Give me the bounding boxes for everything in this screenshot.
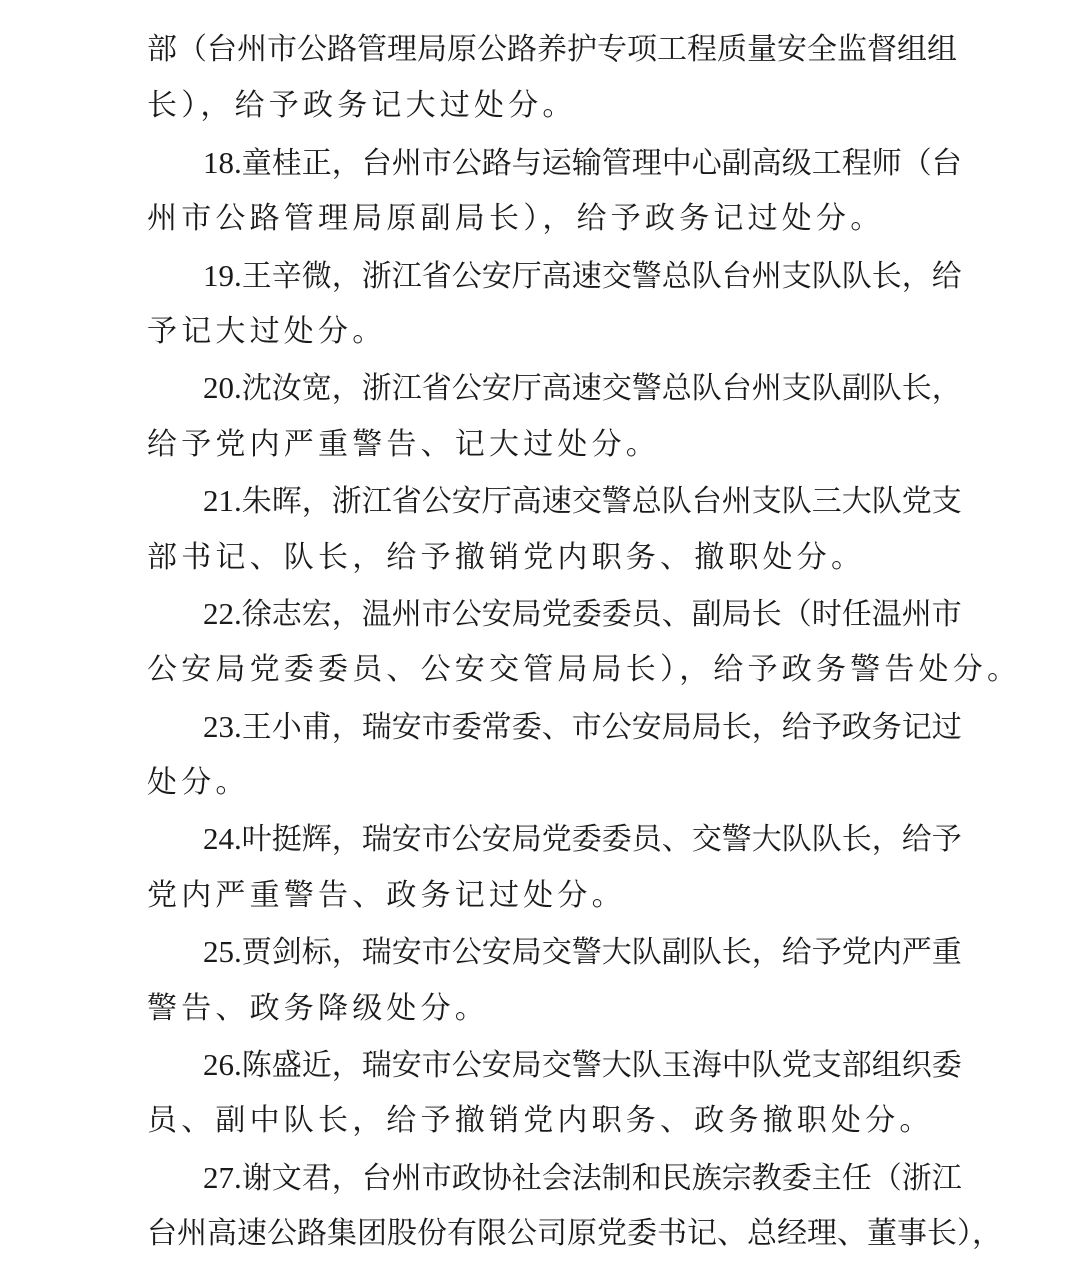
item-number: 24. (203, 821, 242, 856)
paragraph-line: 员、副中队长，给予撤销党内职务、政务撤职处分。 (147, 1093, 934, 1149)
document-page: 部（台州市公路管理局原公路养护专项工程质量安全监督组组 长），给予政务记大过处分… (147, 22, 934, 1263)
item-number: 19. (203, 258, 242, 293)
list-item-24: 24.叶挺辉，瑞安市公安局党委委员、交警大队队长，给予 (147, 811, 934, 867)
item-text: 叶挺辉，瑞安市公安局党委委员、交警大队队长，给予 (242, 822, 962, 857)
paragraph-line: 台州高速公路集团股份有限公司原党委书记、总经理、董事长）， (147, 1206, 934, 1262)
item-text: 朱晖，浙江省公安厅高速交警总队台州支队三大队党支 (242, 484, 962, 519)
item-number: 27. (203, 1160, 242, 1195)
item-text: 童桂正，台州市公路与运输管理中心副高级工程师（台 (242, 146, 962, 181)
list-item-19: 19.王辛微，浙江省公安厅高速交警总队台州支队队长，给 (147, 248, 934, 304)
list-item-27: 27.谢文君，台州市政协社会法制和民族宗教委主任（浙江 (147, 1150, 934, 1206)
item-text: 沈汝宽，浙江省公安厅高速交警总队台州支队副队长， (242, 371, 962, 406)
paragraph-line: 处分。 (147, 755, 934, 811)
paragraph-line: 警告、政务降级处分。 (147, 981, 934, 1037)
paragraph-line: 长），给予政务记大过处分。 (147, 78, 934, 134)
item-text: 贾剑标，瑞安市公安局交警大队副队长，给予党内严重 (242, 935, 962, 970)
paragraph-line: 部（台州市公路管理局原公路养护专项工程质量安全监督组组 (147, 22, 934, 78)
item-number: 20. (203, 370, 242, 405)
item-text: 谢文君，台州市政协社会法制和民族宗教委主任（浙江 (242, 1161, 962, 1196)
list-item-25: 25.贾剑标，瑞安市公安局交警大队副队长，给予党内严重 (147, 924, 934, 980)
paragraph-line: 予记大过处分。 (147, 304, 934, 360)
list-item-18: 18.童桂正，台州市公路与运输管理中心副高级工程师（台 (147, 135, 934, 191)
item-text: 王辛微，浙江省公安厅高速交警总队台州支队队长，给 (242, 259, 962, 294)
list-item-20: 20.沈汝宽，浙江省公安厅高速交警总队台州支队副队长， (147, 360, 934, 416)
item-number: 21. (203, 483, 242, 518)
paragraph-line: 公安局党委委员、公安交管局局长），给予政务警告处分。 (147, 642, 934, 698)
item-number: 23. (203, 709, 242, 744)
item-number: 22. (203, 596, 242, 631)
item-number: 26. (203, 1047, 242, 1082)
paragraph-line: 给予党内严重警告、记大过处分。 (147, 417, 934, 473)
item-text: 徐志宏，温州市公安局党委委员、副局长（时任温州市 (242, 597, 962, 632)
item-number: 18. (203, 145, 242, 180)
list-item-22: 22.徐志宏，温州市公安局党委委员、副局长（时任温州市 (147, 586, 934, 642)
list-item-21: 21.朱晖，浙江省公安厅高速交警总队台州支队三大队党支 (147, 473, 934, 529)
list-item-23: 23.王小甫，瑞安市委常委、市公安局局长，给予政务记过 (147, 699, 934, 755)
item-number: 25. (203, 934, 242, 969)
item-text: 陈盛近，瑞安市公安局交警大队玉海中队党支部组织委 (242, 1048, 962, 1083)
list-item-26: 26.陈盛近，瑞安市公安局交警大队玉海中队党支部组织委 (147, 1037, 934, 1093)
paragraph-line: 部书记、队长，给予撤销党内职务、撤职处分。 (147, 530, 934, 586)
item-text: 王小甫，瑞安市委常委、市公安局局长，给予政务记过 (242, 710, 962, 745)
paragraph-line: 党内严重警告、政务记过处分。 (147, 868, 934, 924)
paragraph-line: 州市公路管理局原副局长），给予政务记过处分。 (147, 191, 934, 247)
